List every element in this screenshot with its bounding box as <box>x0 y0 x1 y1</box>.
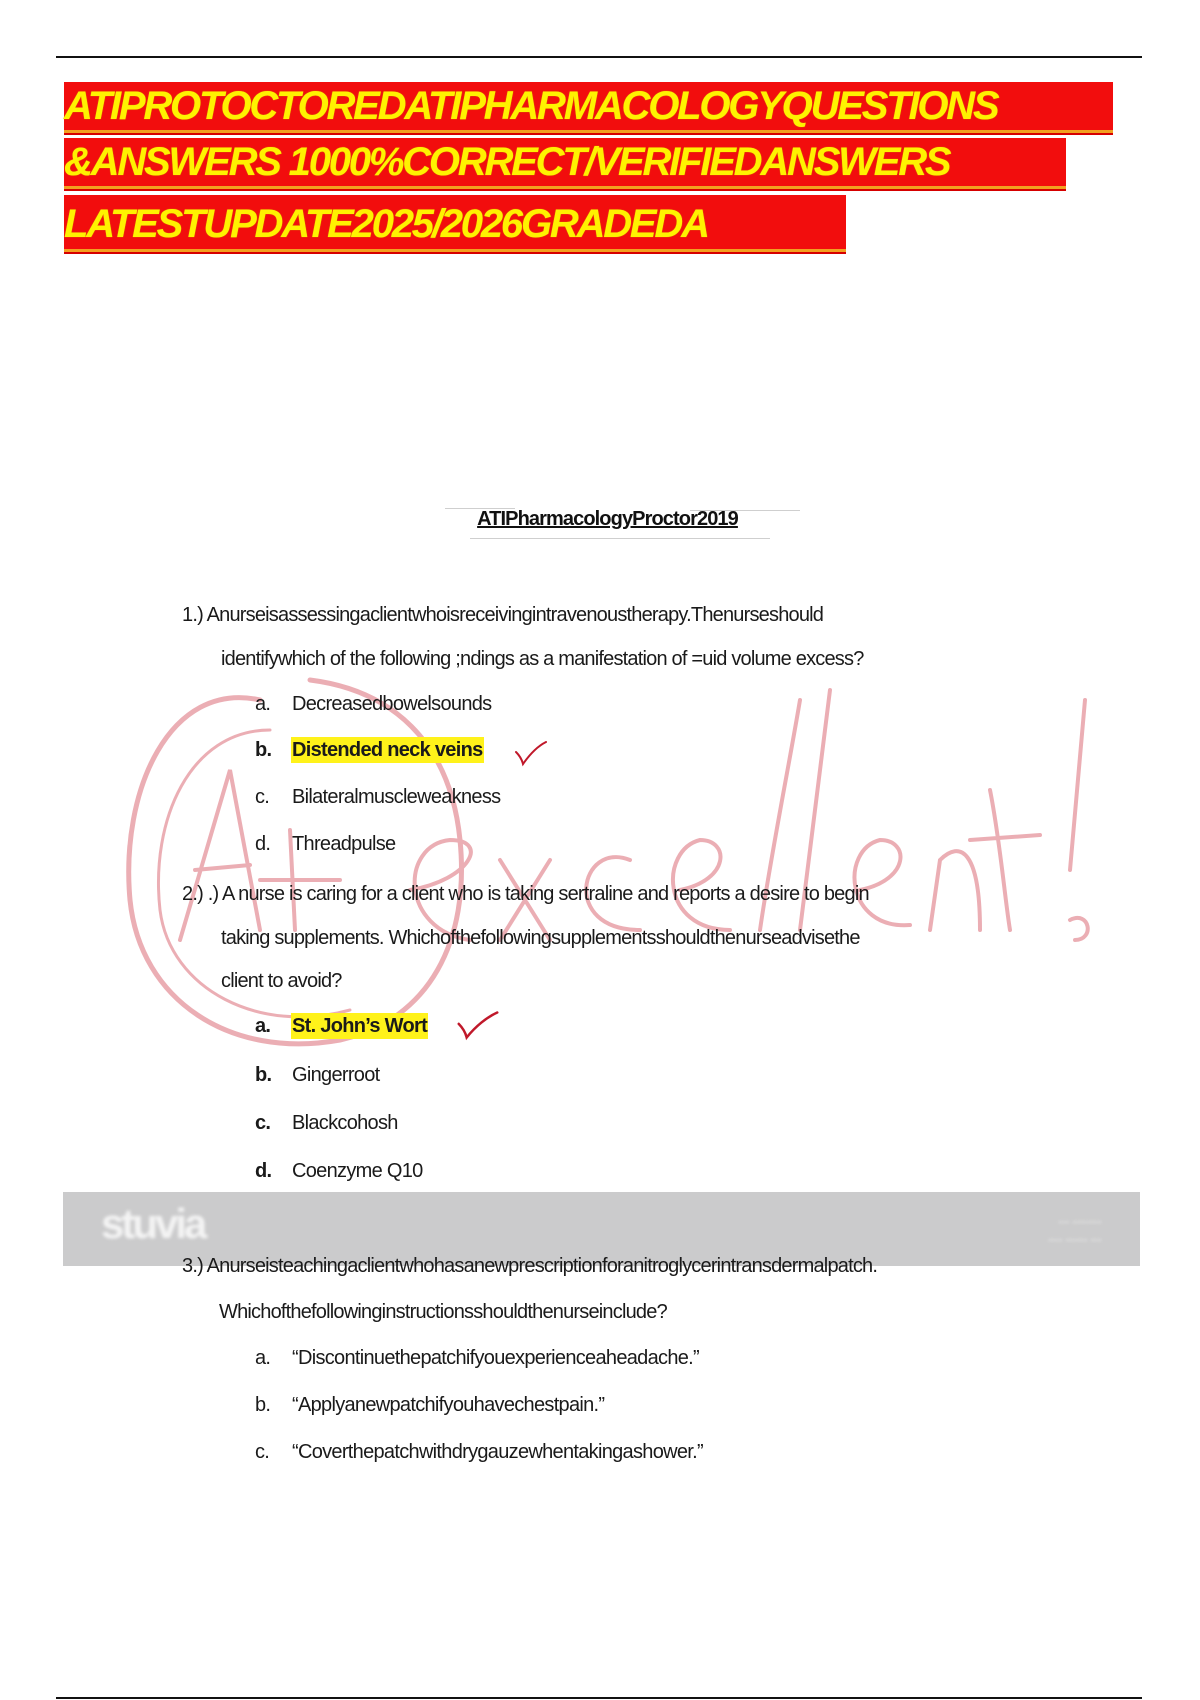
question-3-stem-line-2: Whichofthefollowinginstructionsshouldthe… <box>219 1301 667 1324</box>
banner-meta: ··· ········ ···· ······ ··· <box>992 1214 1102 1250</box>
option-text: Blackcohosh <box>291 1110 399 1136</box>
question-2-option-d[interactable]: d.Coenzyme Q10 <box>255 1160 424 1183</box>
question-2-option-a[interactable]: a.St. John’s Wort <box>255 1015 428 1038</box>
option-text-highlighted: St. John’s Wort <box>291 1013 428 1039</box>
question-3-option-b[interactable]: b.“Applyanewpatchifyouhavechestpain.” <box>255 1394 605 1417</box>
bottom-rule <box>56 1697 1142 1699</box>
option-letter: c. <box>255 786 291 809</box>
banner-meta-line-2: ···· ······ ··· <box>992 1232 1102 1250</box>
option-letter: a. <box>255 1015 291 1038</box>
question-3-stem-line-1: 3.) Anurseisteachingaclientwhohasanewpre… <box>182 1255 877 1278</box>
question-2-option-b[interactable]: b.Gingerroot <box>255 1064 381 1087</box>
option-letter: d. <box>255 1160 291 1183</box>
question-2-stem-line-2: taking supplements. Whichofthefollowings… <box>221 927 860 950</box>
document-title: ATIPROTOCTOREDATIPHARMACOLOGYQUESTIONS &… <box>64 82 1113 257</box>
option-text: Decreasedbowelsounds <box>291 691 492 717</box>
checkmark-icon <box>455 1008 501 1042</box>
question-1-option-a[interactable]: a.Decreasedbowelsounds <box>255 693 492 716</box>
question-1-stem-line-1: 1.) Anurseisassessingaclientwhoisreceivi… <box>182 604 823 627</box>
option-text: Threadpulse <box>291 831 396 857</box>
option-letter: a. <box>255 1347 291 1370</box>
option-letter: d. <box>255 833 291 856</box>
option-letter: b. <box>255 1394 291 1417</box>
banner-logo: stuvia <box>101 1200 204 1248</box>
question-2-option-c[interactable]: c.Blackcohosh <box>255 1112 399 1135</box>
option-text: Bilateralmuscleweakness <box>291 784 501 810</box>
option-text: “Discontinuethepatchifyouexperienceahead… <box>291 1345 700 1371</box>
option-text: “Applyanewpatchifyouhavechestpain.” <box>291 1392 605 1418</box>
option-text: “Coverthepatchwithdrygauzewhentakingasho… <box>291 1439 704 1465</box>
question-2-stem-line-1: 2.) .) A nurse is caring for a client wh… <box>182 883 869 906</box>
title-line-3: LATESTUPDATE2025/2026GRADEDA <box>64 195 846 252</box>
scan-artifact <box>470 538 770 539</box>
banner-meta-line-1: ··· ········ <box>992 1214 1102 1232</box>
question-3-option-a[interactable]: a.“Discontinuethepatchifyouexperienceahe… <box>255 1347 700 1370</box>
title-line-1: ATIPROTOCTOREDATIPHARMACOLOGYQUESTIONS <box>64 82 1113 133</box>
option-text: Coenzyme Q10 <box>291 1158 424 1184</box>
question-1-option-c[interactable]: c.Bilateralmuscleweakness <box>255 786 501 809</box>
option-text: Gingerroot <box>291 1062 381 1088</box>
question-1-option-d[interactable]: d.Threadpulse <box>255 833 396 856</box>
option-letter: a. <box>255 693 291 716</box>
checkmark-icon <box>512 738 552 768</box>
question-2-stem-line-3: client to avoid? <box>221 970 342 993</box>
section-subtitle: ATIPharmacologyProctor2019 <box>0 508 1200 531</box>
top-rule <box>56 56 1142 58</box>
option-letter: b. <box>255 1064 291 1087</box>
question-3-option-c[interactable]: c.“Coverthepatchwithdrygauzewhentakingas… <box>255 1441 704 1464</box>
question-1-stem-line-2: identifywhich of the following ;ndings a… <box>221 648 864 671</box>
option-letter: c. <box>255 1441 291 1464</box>
question-1-option-b[interactable]: b.Distended neck veins <box>255 739 484 762</box>
option-letter: b. <box>255 739 291 762</box>
option-letter: c. <box>255 1112 291 1135</box>
option-text-highlighted: Distended neck veins <box>291 737 484 763</box>
title-line-2: &ANSWERS 1000%CORRECT/VERIFIEDANSWERS <box>64 138 1066 189</box>
